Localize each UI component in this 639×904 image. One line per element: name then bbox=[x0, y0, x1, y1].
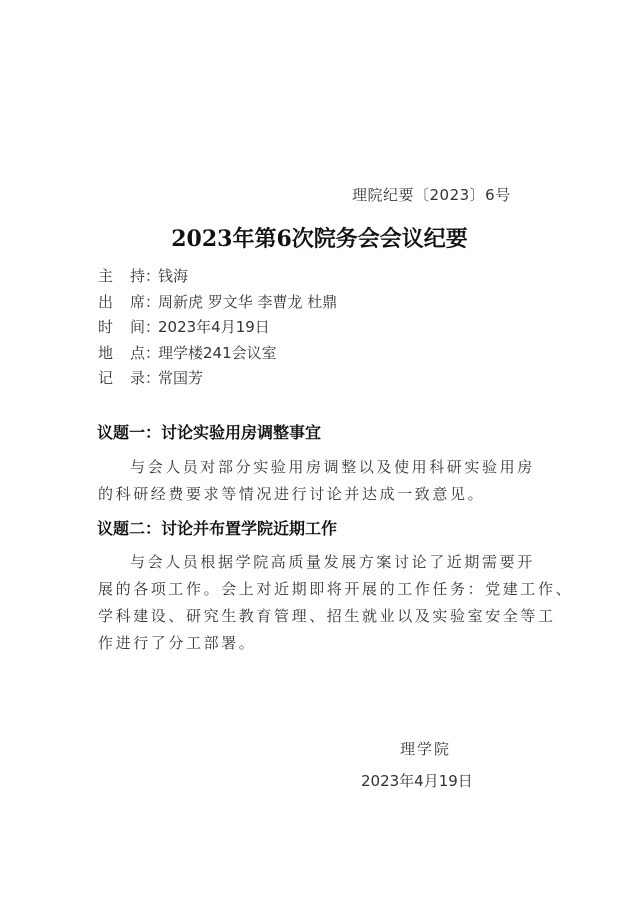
meta-attendees: 出席： 周新虎 罗文华 李曹龙 杜鼎 bbox=[98, 290, 337, 316]
paragraph-line: 的科研经费要求等情况进行讨论并达成一致意见。 bbox=[98, 481, 538, 508]
topic-2-heading: 议题二：讨论并布置学院近期工作 bbox=[97, 516, 337, 539]
paragraph-line: 与会人员对部分实验用房调整以及使用科研实验用房 bbox=[98, 454, 538, 481]
meta-value: 理学楼241会议室 bbox=[158, 341, 277, 367]
paragraph-line: 与会人员根据学院高质量发展方案讨论了近期需要开 bbox=[98, 549, 538, 576]
topic-1-heading: 议题一：讨论实验用房调整事宜 bbox=[97, 420, 321, 443]
meta-value: 2023年4月19日 bbox=[158, 315, 270, 341]
meta-location: 地点： 理学楼241会议室 bbox=[98, 341, 337, 367]
document-number: 理院纪要〔2023〕6号 bbox=[352, 184, 511, 205]
paragraph-line: 学科建设、研究生教育管理、招生就业以及实验室安全等工 bbox=[98, 603, 538, 630]
signature-organization: 理学院 bbox=[400, 738, 451, 759]
meta-label: 时间： bbox=[98, 315, 158, 341]
meta-time: 时间： 2023年4月19日 bbox=[98, 315, 337, 341]
meta-recorder: 记录： 常国芳 bbox=[98, 366, 337, 392]
paragraph-line: 作进行了分工部署。 bbox=[98, 630, 538, 657]
meeting-info: 主持： 钱海 出席： 周新虎 罗文华 李曹龙 杜鼎 时间： 2023年4月19日… bbox=[98, 264, 337, 392]
meta-value: 周新虎 罗文华 李曹龙 杜鼎 bbox=[158, 290, 337, 316]
meta-label: 记录： bbox=[98, 366, 158, 392]
meta-value: 常国芳 bbox=[158, 366, 203, 392]
signature-date: 2023年4月19日 bbox=[361, 770, 473, 791]
meta-label: 出席： bbox=[98, 290, 158, 316]
topic-1-body: 与会人员对部分实验用房调整以及使用科研实验用房 的科研经费要求等情况进行讨论并达… bbox=[98, 454, 538, 508]
meta-value: 钱海 bbox=[158, 264, 188, 290]
topic-2-body: 与会人员根据学院高质量发展方案讨论了近期需要开 展的各项工作。会上对近期即将开展… bbox=[98, 549, 538, 657]
paragraph-line: 展的各项工作。会上对近期即将开展的工作任务：党建工作、 bbox=[98, 576, 538, 603]
document-page: 理院纪要〔2023〕6号 2023年第6次院务会会议纪要 主持： 钱海 出席： … bbox=[0, 0, 639, 904]
meta-host: 主持： 钱海 bbox=[98, 264, 337, 290]
meta-label: 主持： bbox=[98, 264, 158, 290]
meta-label: 地点： bbox=[98, 341, 158, 367]
document-title: 2023年第6次院务会会议纪要 bbox=[0, 222, 639, 253]
